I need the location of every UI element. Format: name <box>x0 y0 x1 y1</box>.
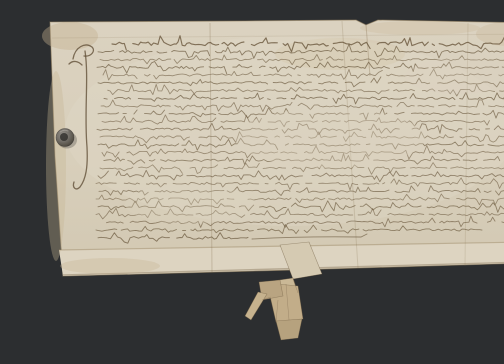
stain <box>46 71 66 261</box>
faded-patch <box>235 108 425 168</box>
seal-core <box>60 133 68 141</box>
seal-tail-foot <box>276 319 302 340</box>
charter-scene <box>40 16 504 348</box>
stain <box>360 21 480 35</box>
faded-patch <box>125 184 255 224</box>
charter-photograph: Photograph of a medieval parchment chart… <box>40 16 504 348</box>
stain <box>60 258 160 274</box>
